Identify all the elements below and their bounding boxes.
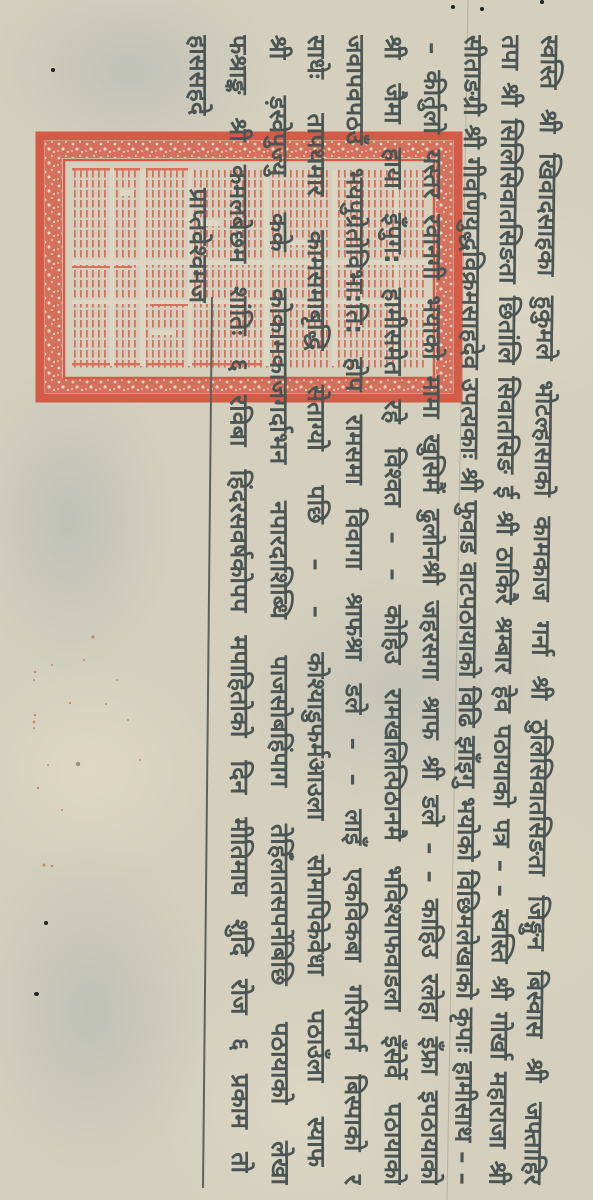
text-line-9: फश्राङ्क श्री कमलबेछम शांतिः ६ रविबा हिं… <box>220 35 258 1173</box>
text-line-5: श्री जैमा हाया इँपुग: हामीसमेत रहे विश्व… <box>375 35 411 1185</box>
ink-speck <box>480 7 484 11</box>
text-line-6: जवापवपठउँ भयपुग्रेतोविभा:ति: होप रामसमा … <box>335 35 373 1185</box>
text-line-10: हाससहदे प्राप्तवेश्वमज <box>180 35 216 303</box>
ink-speck <box>451 5 455 9</box>
manuscript-text: स्वस्ति श्री खिवादसाहका हुकुमले भोटल्हास… <box>0 0 593 1200</box>
text-line-7: साधेः तापथमार कामसमाबृद्धि सेताग्यो पछि … <box>298 35 334 1167</box>
ink-speck <box>51 68 55 72</box>
document-scan: स्वस्ति श्री खिवादसाहका हुकुमले भोटल्हास… <box>0 0 593 1200</box>
ink-speck <box>44 921 48 925</box>
ink-speck <box>34 992 39 996</box>
text-line-8: श्री ड़स्वेपुज्यु कके कोकामकाजगर्दाभन नप… <box>260 35 298 1185</box>
text-line-4: – कीर्तुलो यस्तर रवानगी भयाको मामा खुसिम… <box>412 42 451 1185</box>
ink-speck <box>540 0 544 4</box>
